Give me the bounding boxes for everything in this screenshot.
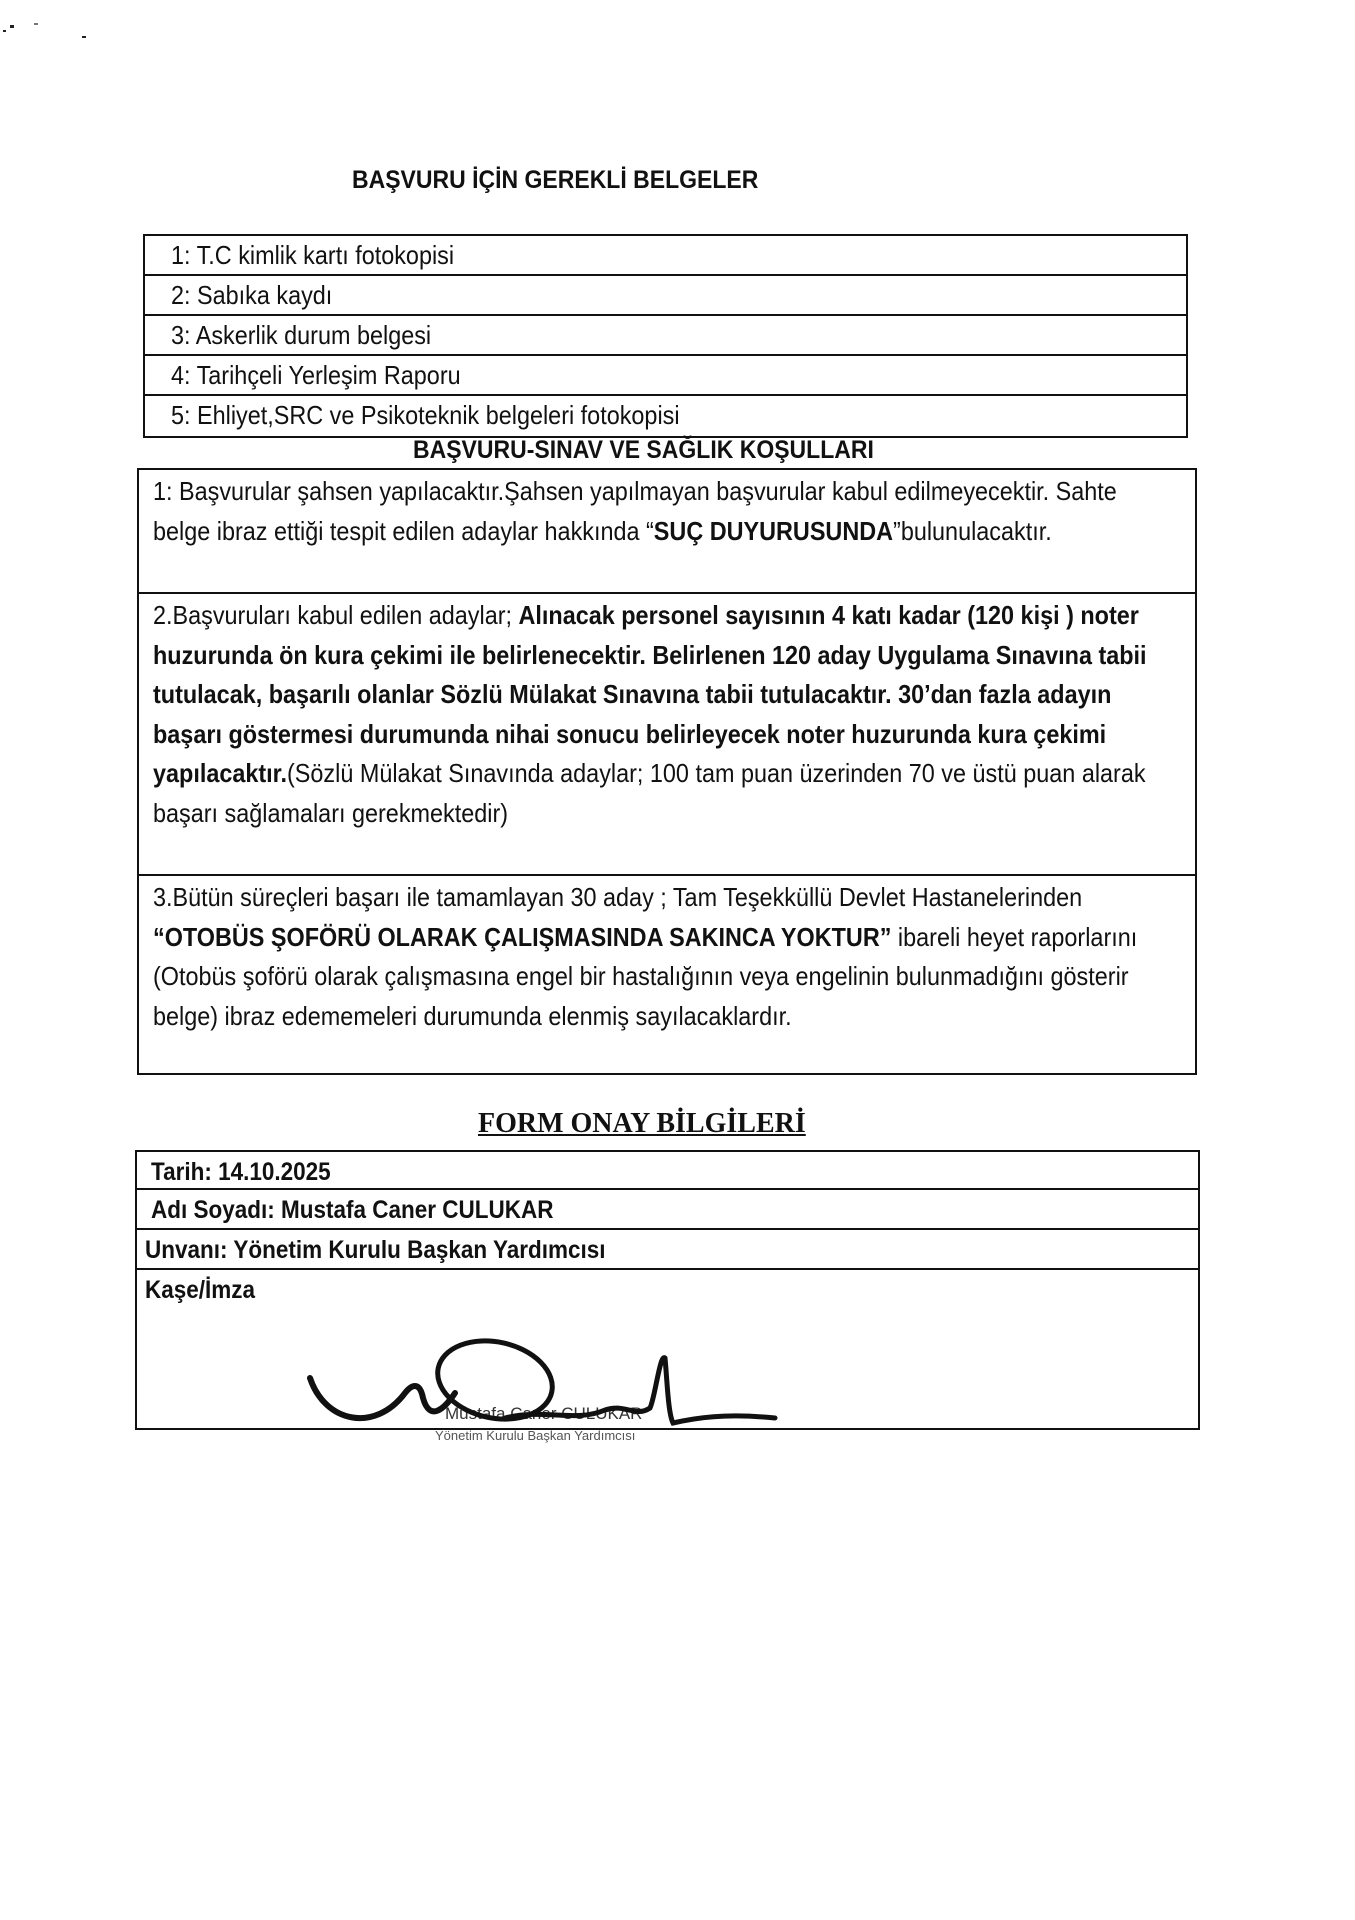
- signature-area: Mustafa Caner CULUKAR Yönetim Kurulu Baş…: [145, 1308, 1198, 1468]
- condition-item: 3.Bütün süreçleri başarı ile tamamlayan …: [139, 876, 1195, 1073]
- document-item: 3: Askerlik durum belgesi: [145, 316, 1186, 356]
- scan-speck: [34, 23, 38, 25]
- scan-speck: [10, 25, 14, 28]
- document-item: 1: T.C kimlik kartı fotokopisi: [145, 236, 1186, 276]
- form-approval-table: Tarih: 14.10.2025 Adı Soyadı: Mustafa Ca…: [135, 1150, 1200, 1430]
- condition-item: 1: Başvurular şahsen yapılacaktır.Şahsen…: [139, 470, 1195, 594]
- documents-table: 1: T.C kimlik kartı fotokopisi 2: Sabıka…: [143, 234, 1188, 438]
- seal-row: Kaşe/İmza Mustafa Caner CULUKAR Yönetim …: [137, 1270, 1198, 1428]
- document-item: 2: Sabıka kaydı: [145, 276, 1186, 316]
- signature-icon: [305, 1338, 785, 1448]
- document-page: BAŞVURU İÇİN GEREKLİ BELGELER 1: T.C kim…: [0, 0, 1355, 1920]
- scan-speck: [3, 30, 6, 32]
- documents-heading: BAŞVURU İÇİN GEREKLİ BELGELER: [352, 166, 758, 195]
- document-item: 5: Ehliyet,SRC ve Psikoteknik belgeleri …: [145, 396, 1186, 436]
- form-approval-heading: FORM ONAY BİLGİLERİ: [478, 1108, 806, 1140]
- date-row: Tarih: 14.10.2025: [137, 1152, 1198, 1190]
- condition-item: 2.Başvuruları kabul edilen adaylar; Alın…: [139, 594, 1195, 876]
- document-item: 4: Tarihçeli Yerleşim Raporu: [145, 356, 1186, 396]
- scan-speck: [82, 36, 86, 38]
- conditions-heading: BAŞVURU-SINAV VE SAĞLIK KOŞULLARI: [413, 436, 874, 465]
- name-row: Adı Soyadı: Mustafa Caner CULUKAR: [137, 1190, 1198, 1230]
- conditions-table: 1: Başvurular şahsen yapılacaktır.Şahsen…: [137, 468, 1197, 1075]
- title-row: Unvanı: Yönetim Kurulu Başkan Yardımcısı: [137, 1230, 1198, 1270]
